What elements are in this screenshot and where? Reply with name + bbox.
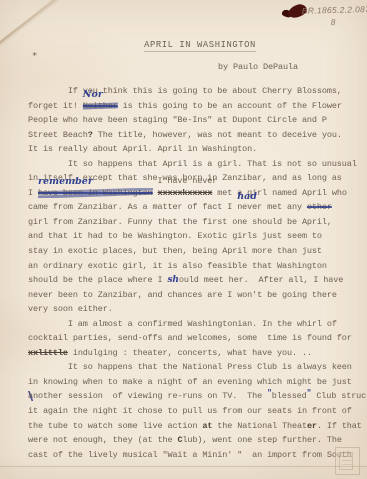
- typed-text: in knowing when to make a night of an ev…: [28, 377, 352, 387]
- typed-text: Street Beach: [28, 130, 88, 140]
- document-byline: by Paulo DePaula: [218, 62, 298, 72]
- typescript-line: xxlittle indulging : theater, concerts, …: [28, 346, 364, 361]
- typed-text: cocktail parties, send-offs and welcomes…: [28, 333, 352, 343]
- typescript-line: If you think this is going to be about C…: [28, 84, 364, 99]
- typescript-line: girl from Zanzibar. Funny that the first…: [28, 215, 364, 230]
- typed-text: met a girl named April who: [212, 188, 346, 198]
- typed-text: forget it!: [28, 101, 83, 111]
- archive-reference: BR.1865.2.2.087 8: [302, 4, 365, 29]
- typescript-line: very soon either.: [28, 302, 364, 317]
- typed-text: The title, however, was not meant to dec…: [93, 130, 342, 140]
- typescript-line: an ordinary exotic girl, it is also feas…: [28, 259, 364, 274]
- typed-insertion: I have never: [158, 175, 218, 190]
- ink-strikethrough-text: other: [307, 202, 332, 212]
- typescript-line: in knowing when to make a night of an ev…: [28, 375, 364, 390]
- typed-text: it again the night it chose to pull us f…: [28, 406, 352, 416]
- typescript-line: should be the place where I should meet …: [28, 273, 364, 288]
- typed-text: is this going to be an account of the Fl…: [118, 101, 342, 111]
- typescript-line: It so happens that April is a girl. That…: [28, 157, 364, 172]
- typescript-body: If you think this is going to be about C…: [28, 84, 364, 462]
- document-title: APRIL IN WASHINGTON: [0, 40, 367, 52]
- overstruck-bold-text: at: [202, 421, 212, 431]
- typed-text: indulging : theater, concerts, what have…: [68, 348, 312, 358]
- typescript-line: It is really about April. April in Washi…: [28, 142, 364, 157]
- archive-code: BR.1865.2.2.087: [302, 4, 367, 16]
- embossed-stamp: [335, 447, 360, 475]
- typed-text: People who have been staging "Be-Ins" at…: [28, 115, 327, 125]
- typed-text: ould meet her. After all, I have: [179, 275, 343, 285]
- typescript-line: cocktail parties, send-offs and welcomes…: [28, 331, 364, 346]
- ink-scribble-deletion: have been in Washingtonremember: [38, 188, 153, 198]
- typescript-line: came from Zanzibar. As a matter of fact …: [28, 200, 364, 215]
- embossed-stamp-lines: [342, 456, 352, 457]
- paper-edge: [0, 466, 367, 467]
- typed-text: . If that: [317, 421, 362, 431]
- typescript-line: stay in exotic places, but then, being A…: [28, 244, 364, 259]
- typed-text: girl from Zanzibar. Funny that the first…: [28, 217, 332, 227]
- typescript-line: I have been in Washingtonremember xxxxxk…: [28, 186, 364, 201]
- typed-text: It is really about April. April in Washi…: [28, 144, 257, 154]
- typed-text: very soon either.: [28, 304, 113, 314]
- typescript-line: It so happens that the National Press Cl…: [28, 360, 364, 375]
- typed-text: the tube to watch some live action: [28, 421, 202, 431]
- typed-text: lub), went one step further. The: [182, 435, 341, 445]
- typed-text: should be the place where I: [28, 275, 167, 285]
- typescript-line: cast of the lively musical "Wait a Minin…: [28, 448, 364, 463]
- handwritten-insertion: remember: [38, 175, 93, 190]
- typed-text: cast of the lively musical "Wait a Minin…: [28, 450, 352, 460]
- typed-text: I am almost a confirmed Washingtonian. I…: [28, 319, 337, 329]
- typed-text: It so happens that the National Press Cl…: [28, 362, 352, 372]
- typescript-line: Street Beach? The title, however, was no…: [28, 128, 364, 143]
- manuscript-page: BR.1865.2.2.087 8 ∗ APRIL IN WASHINGTON …: [0, 0, 367, 479]
- typed-text: stay in exotic places, but then, being A…: [28, 246, 322, 256]
- typescript-line: I am almost a confirmed Washingtonian. I…: [28, 317, 364, 332]
- typescript-line: never been to Zanzibar, and chances are …: [28, 288, 364, 303]
- typed-text: nother session of viewing re-runs on TV.…: [33, 391, 267, 401]
- handwritten-insertion: Nor: [83, 88, 103, 103]
- typed-deletion: xxxxxkxxxxxI have never: [158, 188, 213, 198]
- typescript-line: the tube to watch some live action at th…: [28, 419, 364, 434]
- handwritten-insertion: had: [237, 190, 257, 205]
- typescript-line: People who have been staging "Be-Ins" at…: [28, 113, 364, 128]
- overstruck-bold-text: er: [307, 421, 317, 431]
- typescript-line: forget it! NeitherNor is this going to b…: [28, 99, 364, 114]
- typed-text: never met any had: [237, 202, 307, 212]
- typed-text: If you think this is going to be about C…: [28, 86, 342, 96]
- typescript-line: and that it had to be Washington. Exotic…: [28, 229, 364, 244]
- typed-deletion: xxlittle: [28, 348, 68, 358]
- typescript-line: another session of viewing re-runs on TV…: [28, 389, 364, 404]
- handwritten-correction: sh: [167, 275, 178, 285]
- embossed-stamp-inner: [339, 452, 353, 470]
- typed-text: and that it had to be Washington. Exotic…: [28, 231, 322, 241]
- typed-text: Club struck: [311, 391, 367, 401]
- typed-text: were not enough, they (at the: [28, 435, 177, 445]
- ink-scribble-deletion: NeitherNor: [83, 101, 118, 111]
- typed-text: never been to Zanzibar, and chances are …: [28, 290, 337, 300]
- typescript-line: were not enough, they (at the Club), wen…: [28, 433, 364, 448]
- typed-text: blessed: [272, 391, 307, 401]
- archive-page-number: 8: [302, 16, 364, 29]
- typed-text: I: [28, 188, 38, 198]
- typescript-line: it again the night it chose to pull us f…: [28, 404, 364, 419]
- typed-text: came from Zanzibar. As a matter of fact …: [28, 202, 237, 212]
- typed-text: It so happens that April is a girl. That…: [28, 159, 357, 169]
- typed-text: an ordinary exotic girl, it is also feas…: [28, 261, 327, 271]
- typed-text: the National Theat: [212, 421, 307, 431]
